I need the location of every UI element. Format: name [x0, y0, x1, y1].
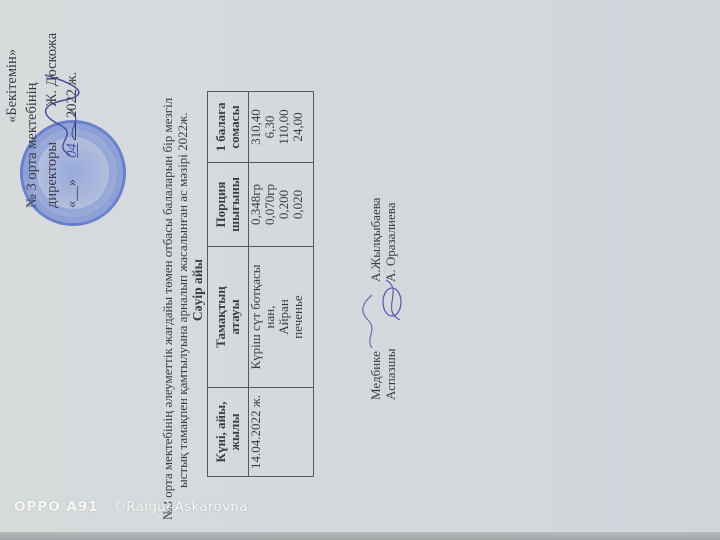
cost-1: 310,40 [249, 96, 263, 158]
portion-3: 0,200 [277, 167, 291, 242]
nurse-role: Медбике [368, 332, 383, 400]
item-3: Айран [277, 251, 291, 383]
cook-role: Аспазшы [383, 332, 398, 400]
portion-1: 0,348гр [249, 167, 263, 242]
approval-date: «__» 04 2022 ж. [62, 18, 82, 208]
header-date: Күні, айы,жылы [208, 388, 249, 477]
watermark-separator: · [99, 499, 113, 515]
cell-costs: 310,40 6,30 110,00 24,00 [249, 92, 314, 163]
heading-line-1: №3 орта мектебінің әлеуметтік жағдайы тө… [160, 0, 175, 520]
cook-name: А. Оразалиева [383, 202, 398, 332]
heading-month: Сәуір айы [190, 0, 205, 520]
portion-4: 0,020 [291, 167, 305, 242]
cell-portions: 0,348гр 0,070гр 0,200 0,020 [249, 163, 314, 247]
document-heading: №3 орта мектебінің әлеуметтік жағдайы тө… [160, 0, 205, 520]
director-name: Ж. Доскожа [44, 33, 60, 107]
header-cost: 1 балағасомасы [208, 92, 249, 163]
portion-2: 0,070гр [263, 167, 277, 242]
director-label: директоры [44, 142, 60, 208]
cost-4: 24,00 [291, 96, 305, 158]
table-row: 14.04.2022 ж. Күріш сүт ботқасы нан, Айр… [249, 92, 314, 477]
cost-2: 6,30 [263, 96, 277, 158]
header-portion: Порцияшығыны [208, 163, 249, 247]
nurse-name: А.Жылқыбаева [368, 198, 383, 332]
item-1: Күріш сүт ботқасы [249, 251, 263, 383]
heading-line-2: ыстық тамақпен қамтылуына арналып жасалы… [175, 0, 190, 520]
approval-director: директоры Ж. Доскожа [42, 18, 62, 208]
date-year: 2022 ж. [64, 72, 80, 118]
item-4: печенье [291, 251, 305, 383]
cell-items: Күріш сүт ботқасы нан, Айран печенье [249, 247, 314, 388]
item-2: нан, [263, 251, 277, 383]
document-page: «Бекітемін» № 3 орта мектебінің директор… [0, 0, 720, 540]
signature-row-cook: Аспазшы А. Оразалиева [383, 198, 398, 400]
signature-row-nurse: Медбике А.Жылқыбаева [368, 198, 383, 400]
approval-school: № 3 орта мектебінің [22, 18, 42, 208]
table-header-row: Күні, айы,жылы Тамақтыңатауы Порцияшығын… [208, 92, 249, 477]
cost-3: 110,00 [277, 96, 291, 158]
date-month: 04 [64, 143, 80, 158]
watermark-brand: OPPO A91 [14, 499, 99, 515]
approval-title: «Бекітемін» [2, 18, 22, 208]
approval-block: «Бекітемін» № 3 орта мектебінің директор… [2, 18, 82, 208]
signatures-block: Медбике А.Жылқыбаева Аспазшы А. Оразалие… [368, 198, 398, 400]
header-dish: Тамақтыңатауы [208, 247, 249, 388]
date-day: «__» [64, 179, 80, 208]
cell-date: 14.04.2022 ж. [249, 388, 314, 477]
watermark-credit: ©Raigul Askarovna [112, 499, 247, 515]
menu-table: Күні, айы,жылы Тамақтыңатауы Порцияшығын… [207, 91, 314, 477]
camera-watermark: OPPO A91 · ©Raigul Askarovna [14, 499, 248, 515]
photo-edge [0, 532, 720, 540]
